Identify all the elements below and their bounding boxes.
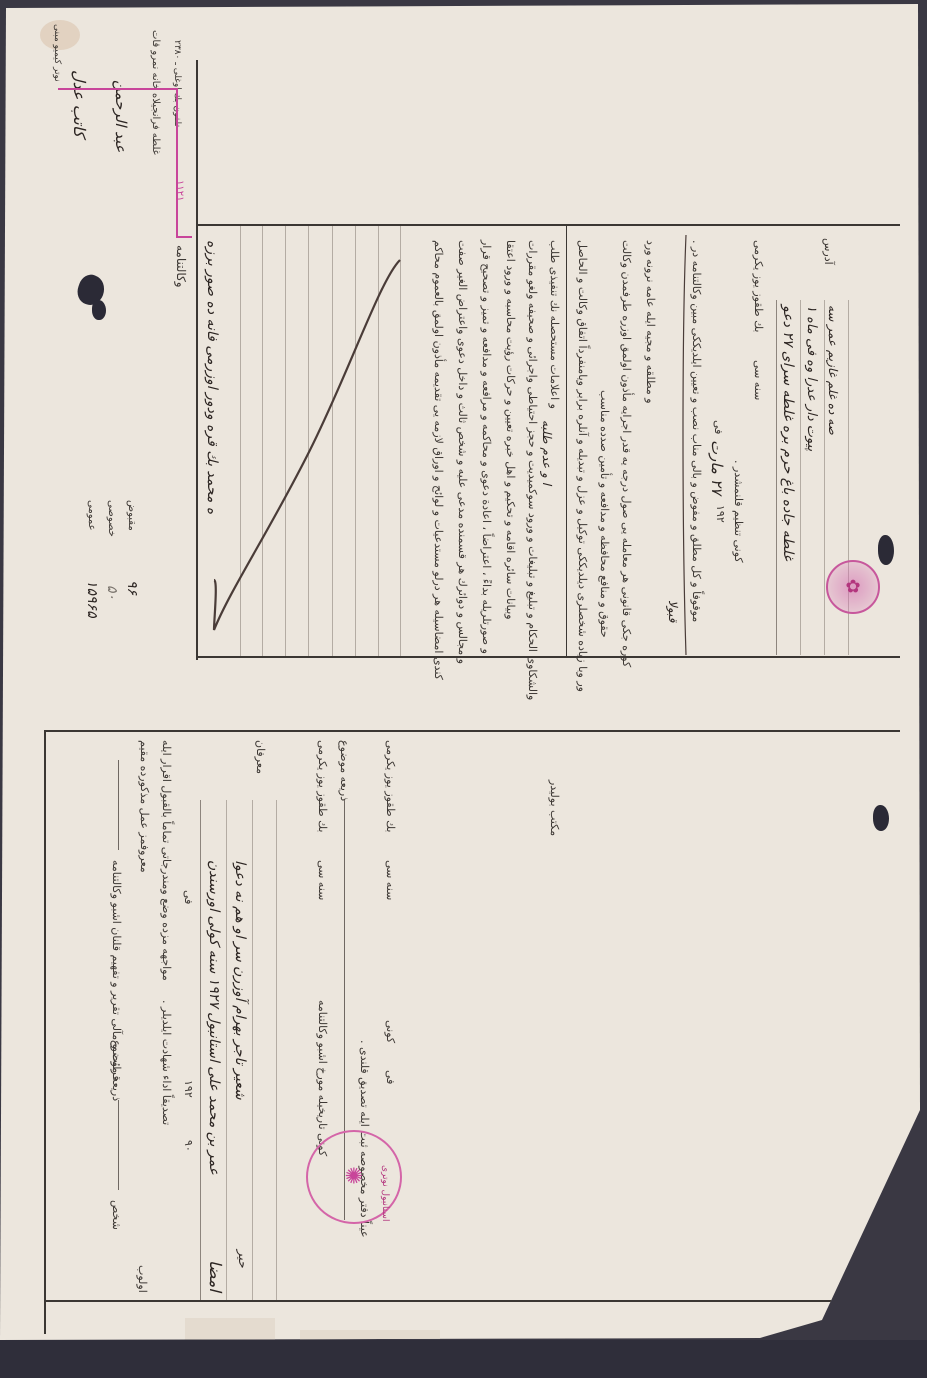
registry-general-label: عمومی bbox=[86, 500, 97, 531]
lower-line-2: معروفمز عمل مذکورده مقیم bbox=[138, 740, 151, 873]
fill-line bbox=[118, 760, 119, 850]
paragraph-line-6: و اعلامات مستحصله نك تنفیذی طلب bbox=[548, 240, 561, 409]
signature-mark-2: حیر bbox=[236, 1250, 250, 1268]
ledger-date-prefix: فی bbox=[384, 1070, 397, 1084]
address-line-3: صه ده غلم غازیم عمر سه bbox=[826, 305, 840, 435]
scan-background bbox=[0, 1340, 927, 1378]
cancel-stroke bbox=[200, 250, 410, 640]
confirmation-line: موقوفاً و کل مطلق و مفوض و بالی مناب نصب… bbox=[690, 240, 703, 622]
middle-bracket bbox=[680, 230, 690, 660]
paragraph-line-4: وبیانات سائره اقامه و تحکیم و اهل خبره ت… bbox=[504, 240, 517, 620]
pink-stamp-line bbox=[176, 88, 178, 238]
signature-line-2: شعیر تاجر بهرام آوزرن سر او هم نه دعوا bbox=[232, 860, 248, 1100]
seal-icon: ✺ bbox=[345, 1165, 363, 1190]
date-handwritten: ۲۷ مارت bbox=[708, 440, 726, 495]
ledger-time-label: بك طقوز یوز یکرمی bbox=[384, 740, 397, 832]
ruled-line bbox=[276, 800, 277, 1300]
seal-icon: ✿ bbox=[845, 577, 860, 598]
handwritten-insert: ا و عدم طلبه bbox=[540, 420, 554, 485]
lower-frame-left bbox=[44, 730, 46, 1334]
record-hour-label-1: سنه سی bbox=[316, 860, 329, 900]
paragraph-line-1: کندی امضاسیله هر درلو مستدعیات و لوائح و… bbox=[432, 240, 445, 680]
section-divider bbox=[566, 226, 567, 656]
pink-stamp-number: ۱۱۲۱ bbox=[174, 180, 185, 201]
registry-received-value: ۹۶ bbox=[124, 580, 140, 595]
paper-hole bbox=[92, 300, 106, 320]
lower-frame-bottom bbox=[44, 1300, 900, 1302]
registry-general-value: ۱۵۹۶۵ bbox=[84, 580, 100, 618]
person-label: شخص bbox=[110, 1200, 123, 1230]
paper-hole bbox=[873, 805, 889, 831]
ruled-line bbox=[800, 300, 801, 655]
ruled-line bbox=[776, 300, 777, 655]
document-page: نوتر کیمیو مبنی کاتب عدل عبد الرحمن غلطه… bbox=[0, 0, 927, 1378]
being-label: اولوب bbox=[136, 1265, 149, 1293]
address-line: غلطه فرانجیلاه خانه نمرو قات bbox=[150, 30, 161, 155]
signature-line-1: عمر بن محمد علی استانبول ۱۹۲۷ سنه کولی ا… bbox=[206, 860, 222, 1175]
witnesses-label: معرفان bbox=[254, 740, 267, 774]
office-name: عبد الرحمن bbox=[112, 80, 130, 153]
registry-private-label: خصوصی bbox=[106, 500, 117, 537]
fill-line bbox=[118, 1100, 119, 1190]
office-line-1: نوتر کیمیو مبنی bbox=[52, 24, 62, 82]
ledger-day-label: کونی bbox=[384, 1020, 397, 1043]
lower-year: ۱۹۲ bbox=[182, 1080, 195, 1098]
office-seal-text: کاتب عدل bbox=[70, 70, 89, 137]
ruled-line bbox=[252, 800, 253, 1300]
frame-bottom-rule bbox=[196, 656, 900, 658]
handwritten-mark-accepted: قبولا bbox=[666, 600, 680, 622]
lower-frame-top bbox=[44, 730, 900, 732]
notary-seal-stamp: ✿ bbox=[826, 560, 880, 614]
address-line-2: پیوت دار عدرا وه فی ماه ۱ bbox=[804, 305, 819, 451]
lower-year-prefix: فی bbox=[182, 890, 195, 904]
ruled-line bbox=[824, 300, 825, 655]
date-year-suffix: کونی تنظیم قلنمشدر . bbox=[732, 460, 745, 563]
paper-hole bbox=[878, 535, 894, 565]
registry-reference: ذریعه موضوع bbox=[338, 740, 351, 801]
date-year: ۱۹۲ bbox=[714, 505, 727, 523]
lower-line-4: تصدیقاً اداء شهادت ایلدیلر . bbox=[160, 1000, 173, 1125]
ruled-line bbox=[200, 800, 201, 1300]
ruled-line bbox=[226, 800, 227, 1300]
pink-stamp-line bbox=[176, 236, 192, 238]
record-time-label-1: بك طقوز یوز یکرمی bbox=[316, 740, 329, 832]
lower-date-fragment: ۹۰ bbox=[182, 1140, 195, 1152]
paragraph-line-5: والشکاوی الحکام و تبلیغ و تبلیغات و ورود… bbox=[526, 240, 539, 700]
lower-line-3: مواجهه مزده وضع ومندرجاتی تماماً بالقبول… bbox=[160, 740, 173, 981]
address-label: آدرس bbox=[822, 238, 835, 265]
registry-received-label: مقبوض bbox=[126, 500, 137, 531]
address-line-1: غلطه جاده باغ حرم بره غلطه سرای ۲۷ دعو bbox=[780, 305, 796, 561]
record-date-line: کونی تاریخیله مورخ اشبو وکالتنامه bbox=[316, 1000, 329, 1156]
signature-mark: امضا bbox=[206, 1260, 225, 1292]
paragraph-line-2: و مجالس و دوائرك هر قسمنده مدعی علیه و ش… bbox=[456, 240, 469, 664]
frame-left-rule bbox=[196, 60, 198, 660]
time-label: بك طقوز یوز یکرمی bbox=[752, 240, 765, 332]
paragraph-line-3: و صورتلریله بداءً ، اعتراضاً ، اعادة دعو… bbox=[480, 240, 493, 654]
ledger-hour-label: سنه سی bbox=[384, 860, 397, 900]
document-title: وکالتنامه bbox=[174, 245, 188, 288]
date-prefix: فی bbox=[712, 420, 725, 434]
hour-label: سنه سی bbox=[752, 360, 765, 400]
pink-stamp-line bbox=[58, 88, 178, 90]
middle-line-1: ور وبا زیاده شخصلری دیلدیککی توکیل و عزل… bbox=[576, 240, 589, 692]
stamp-caption: استانبول نوتری bbox=[380, 1165, 390, 1221]
office-note: مکتب بولیدر bbox=[548, 780, 561, 836]
middle-line-4: و مطلقه و مجیه ایله عامه نرونه ورد bbox=[644, 240, 657, 404]
frame-top-rule bbox=[196, 224, 900, 226]
registry-private-value: ۵۰ bbox=[104, 585, 120, 600]
middle-line-3: کوره جکی قانونی هر معامله یی صول درجه یه… bbox=[620, 240, 633, 667]
middle-line-2: حقوق و منافع محافظه و مدافعه و تأمین صدد… bbox=[598, 390, 611, 638]
lower-line-1: قرائت و مآلی تقریر و تفهیم قلنان اشبو وک… bbox=[110, 860, 123, 1081]
